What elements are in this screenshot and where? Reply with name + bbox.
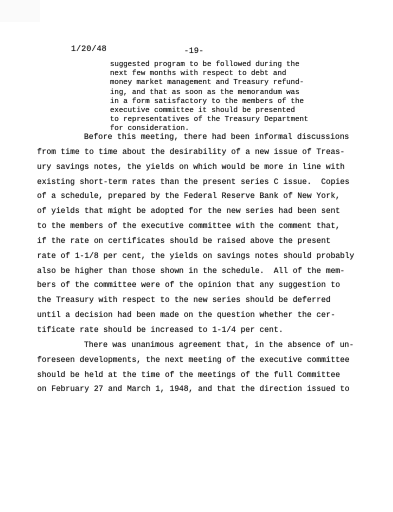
body-text: Before this meeting, there had been info… [37,131,361,398]
text-line: in a form satisfactory to the members of… [110,98,322,107]
page-number: -19- [184,47,204,56]
text-line: from time to time about the desirability… [37,146,361,161]
text-line: Before this meeting, there had been info… [37,131,361,146]
indented-block-quote: suggested program to be followed during … [110,61,322,135]
text-line: to the members of the executive committe… [37,220,361,235]
text-line: ing, and that as soon as the memorandum … [110,89,322,98]
text-line: bers of the committee were of the opinio… [37,279,361,294]
text-line: of a schedule, prepared by the Federal R… [37,190,361,205]
date-stamp: 1/20/48 [71,45,107,54]
text-line: rate of 1-1/8 per cent, the yields on sa… [37,250,361,265]
text-line: tificate rate should be increased to 1-1… [37,324,361,339]
text-line: money market management and Treasury ref… [110,79,322,88]
scan-corner-artifact [0,0,40,22]
text-line: should be held at the time of the meetin… [37,369,361,384]
text-line: of yields that might be adopted for the … [37,205,361,220]
paragraph-1: Before this meeting, there had been info… [37,131,361,339]
text-line: also be higher than those shown in the s… [37,265,361,280]
text-line: executive committee it should be present… [110,107,322,116]
text-line: ury savings notes, the yields on which w… [37,161,361,176]
text-line: suggested program to be followed during … [110,61,322,70]
paragraph-2: There was unanimous agreement that, in t… [37,339,361,398]
text-line: foreseen developments, the next meeting … [37,354,361,369]
text-line: on February 27 and March 1, 1948, and th… [37,383,361,398]
text-line: There was unanimous agreement that, in t… [37,339,361,354]
text-line: the Treasury with respect to the new ser… [37,294,361,309]
document-page: 1/20/48 -19- suggested program to be fol… [0,0,393,512]
text-line: existing short-term rates than the prese… [37,176,361,191]
text-line: if the rate on certificates should be ra… [37,235,361,250]
text-line: until a decision had been made on the qu… [37,309,361,324]
